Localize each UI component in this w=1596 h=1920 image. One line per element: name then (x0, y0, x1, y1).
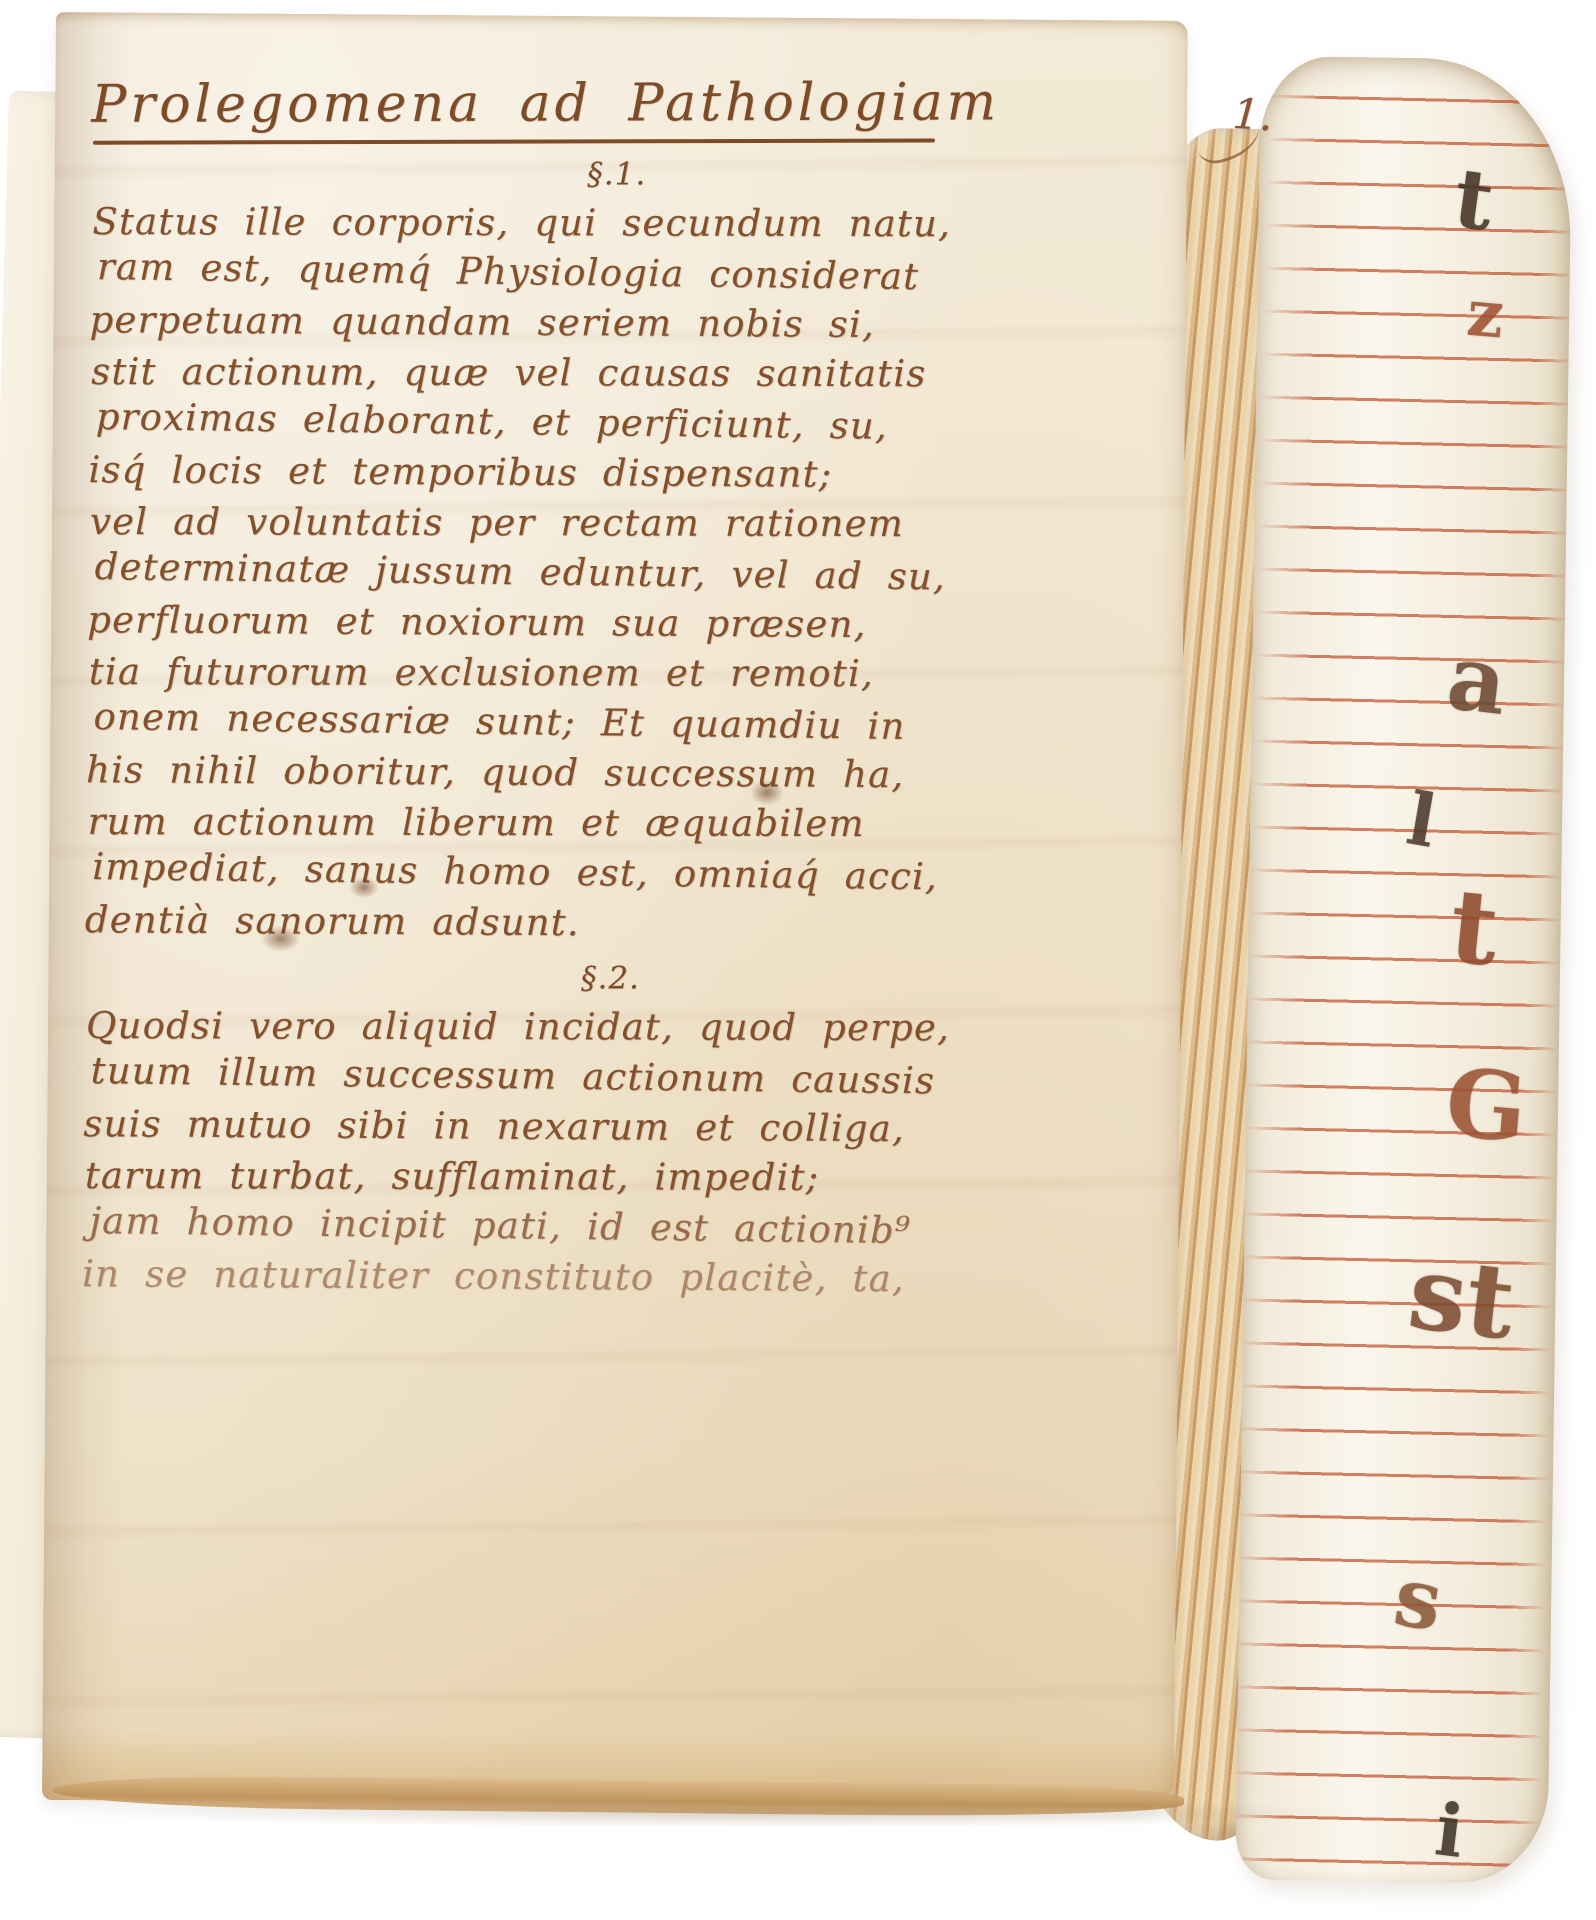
manuscript-line: perfluorum et noxiorum sua præsen, (87, 595, 1139, 651)
page-number-flourish (1194, 123, 1265, 167)
paragraph-1: Status ille corporis, qui secundum natu,… (85, 194, 1143, 952)
page-number: 1. (1230, 89, 1275, 164)
manuscript-line: stit actionum, quæ vel causas sanitatis (91, 347, 1143, 400)
manuscript-line: Quodsi vero aliquid incidat, quod perpe, (86, 1001, 1138, 1054)
manuscript-line: perpetuam quandam seriem nobis si, (89, 295, 1141, 351)
paragraph-2: Quodsi vero aliquid incidat, quod perpe,… (82, 998, 1136, 1306)
section-heading: §.2. (84, 960, 1136, 997)
title-underline (93, 138, 935, 144)
section-heading: §.1. (91, 156, 1143, 193)
handwritten-text-block: Prolegomena ad Pathologiam §.1. Status i… (82, 66, 1144, 1306)
vellum-spine: t z a l t G st s i (1235, 56, 1572, 1884)
manuscript-line: his nihil oboritur, quod successum ha, (86, 745, 1138, 801)
ink-blot (349, 876, 379, 898)
manuscript-line: dentià sanorum adsunt. (85, 895, 1137, 951)
manuscript-line: Status ille corporis, qui secundum natu, (92, 197, 1144, 250)
manuscript-line: in se naturaliter constituto placitè, ta… (82, 1249, 1134, 1305)
ink-blot (261, 926, 301, 952)
book-drop-shadow (90, 1798, 1390, 1828)
manuscript-photo: t z a l t G st s i Prolegomena ad Pathol… (0, 0, 1596, 1920)
manuscript-line: isq́ locis et temporibus dispensant; (88, 445, 1140, 501)
manuscript-line: vel ad voluntatis per rectam rationem (90, 497, 1142, 550)
page-title: Prolegomena ad Pathologiam (91, 69, 1143, 138)
ink-blot (750, 779, 784, 805)
manuscript-line: suis mutuo sibi in nexarum et colliga, (83, 1099, 1135, 1155)
spine-letter-fragment: z (1465, 282, 1507, 349)
manuscript-line: rum actionum liberum et æquabilem (88, 797, 1140, 850)
spine-letter-fragment: G (1442, 1056, 1530, 1156)
manuscript-line: tarum turbat, sufflaminat, impedit; (85, 1151, 1137, 1204)
spine-letter-fragment: a (1443, 632, 1512, 728)
manuscript-page: Prolegomena ad Pathologiam §.1. Status i… (42, 12, 1188, 1809)
manuscript-line: tia futurorum exclusionem et remoti, (89, 647, 1141, 700)
spine-letter-fragment: st (1404, 1241, 1520, 1355)
